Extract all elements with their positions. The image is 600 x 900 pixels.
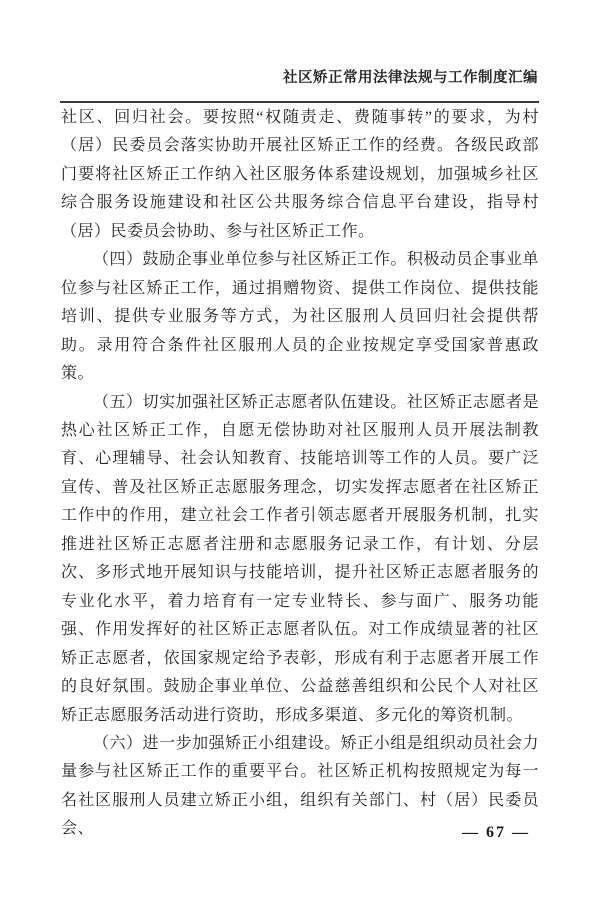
- page-body: 社区、回归社会。要按照“权随责走、费随事转”的要求，为村（居）民委员会落实协助开…: [61, 104, 539, 844]
- page-footer: — 67 —: [60, 824, 530, 842]
- body-paragraph: （四）鼓励企事业单位参与社区矫正工作。积极动员企事业单位参与社区矫正工作，通过捐…: [61, 246, 539, 388]
- book-page: 社区矫正常用法律法规与工作制度汇编 社区、回归社会。要按照“权随责走、费随事转”…: [0, 0, 600, 900]
- body-paragraph: （五）切实加强社区矫正志愿者队伍建设。社区矫正志愿者是热心社区矫正工作，自愿无偿…: [61, 389, 539, 730]
- body-paragraph: 社区、回归社会。要按照“权随责走、费随事转”的要求，为村（居）民委员会落实协助开…: [61, 104, 539, 246]
- header-divider: [60, 101, 539, 103]
- running-header: 社区矫正常用法律法规与工作制度汇编: [60, 66, 538, 87]
- running-header-title: 社区矫正常用法律法规与工作制度汇编: [283, 70, 538, 86]
- page-number: — 67 —: [462, 824, 530, 841]
